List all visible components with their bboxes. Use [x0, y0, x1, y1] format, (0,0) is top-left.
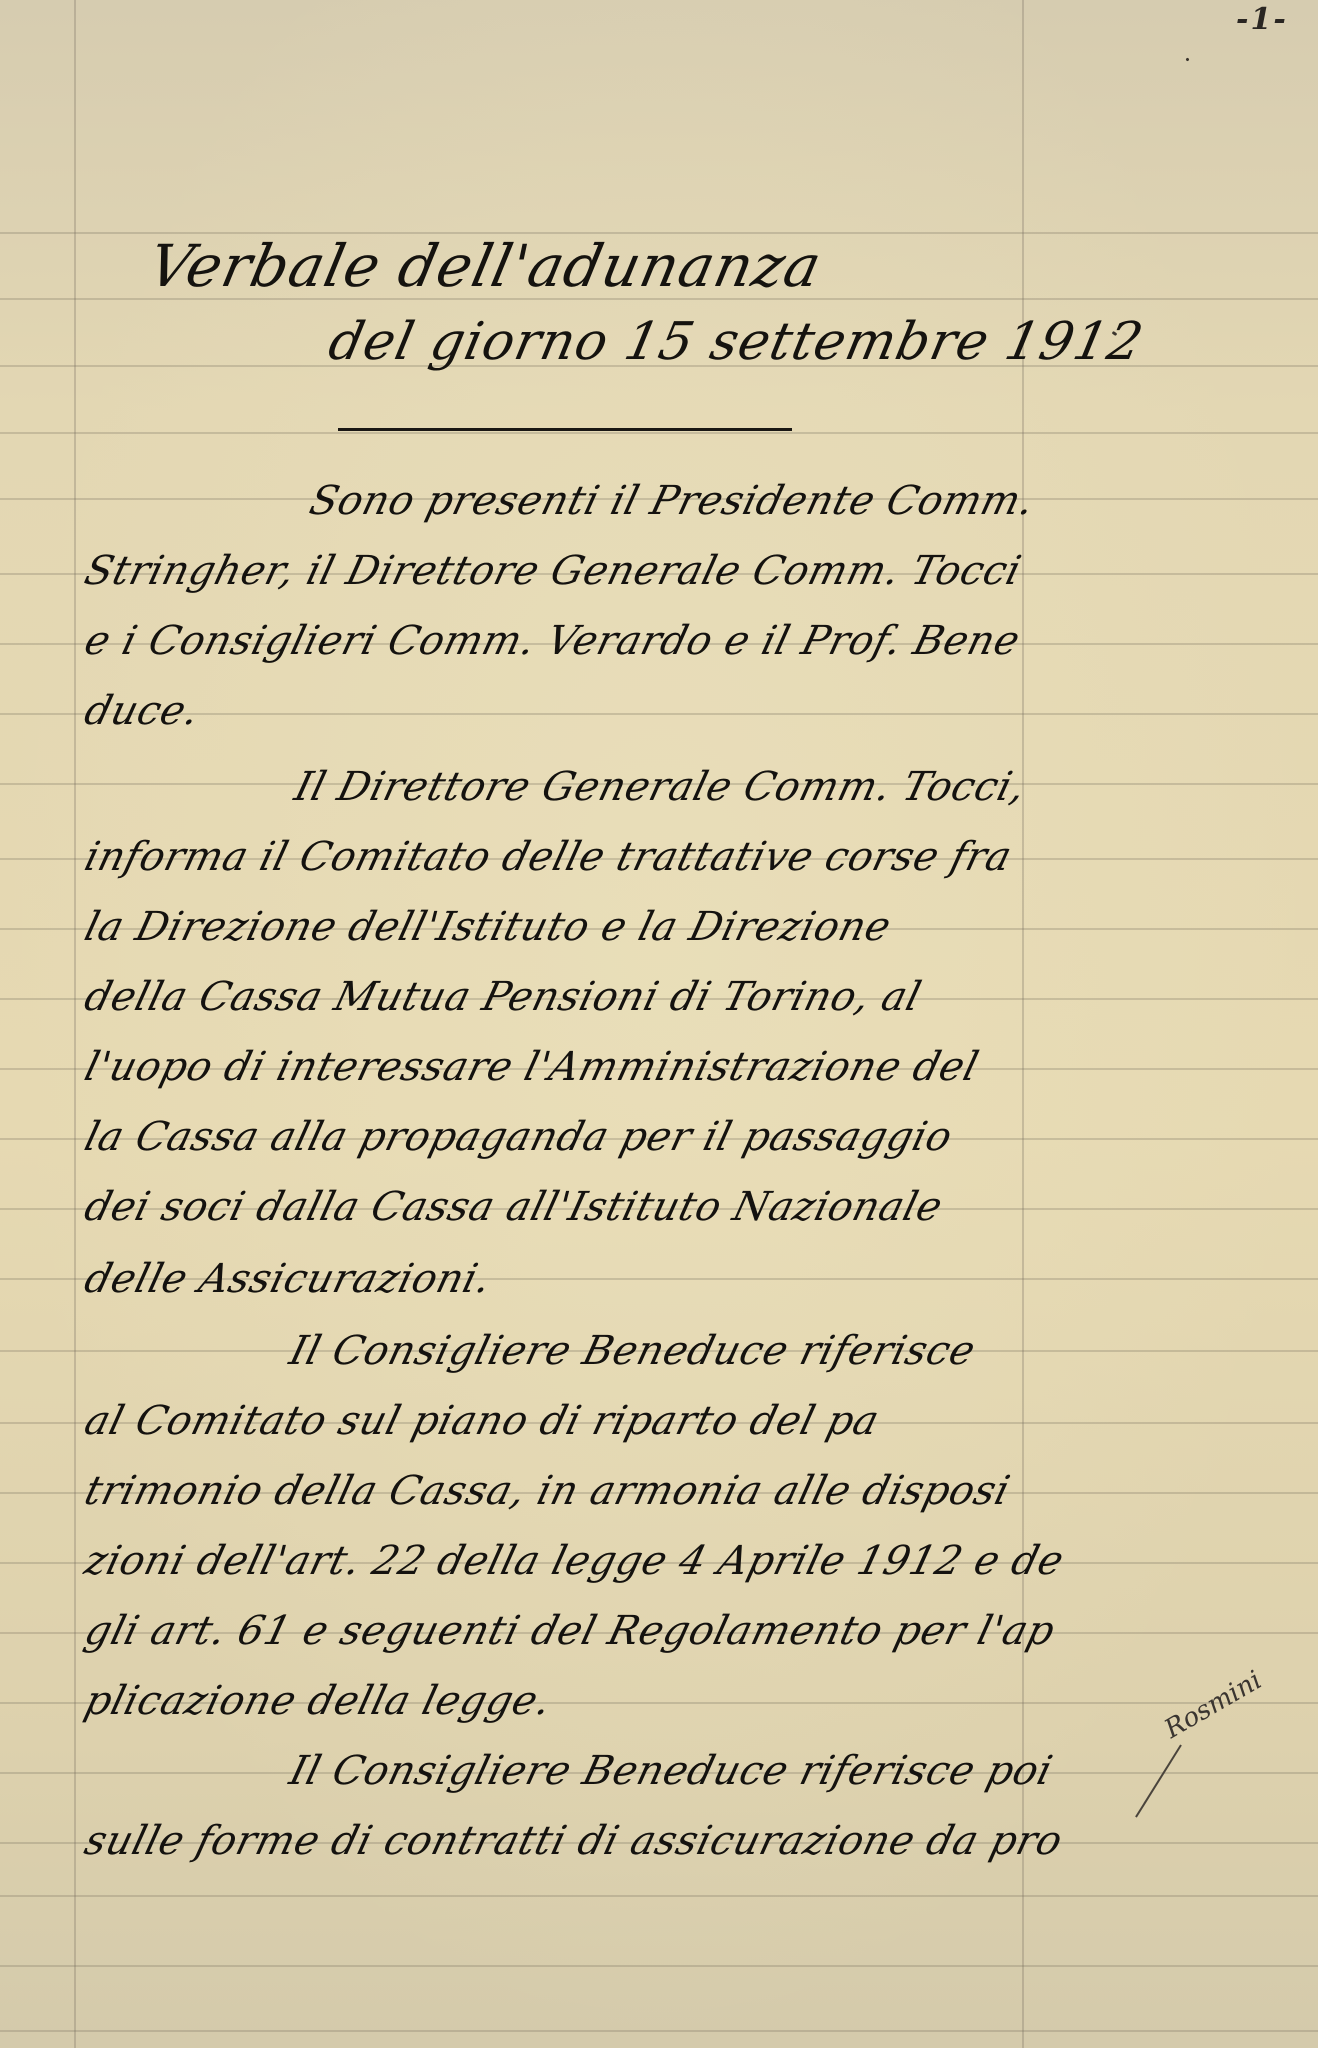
- body-line: trimonio della Cassa, in armonia alle di…: [80, 1468, 1031, 1514]
- body-line: gli art. 61 e seguenti del Regolamento p…: [80, 1608, 1031, 1654]
- body-line: plicazione della legge.: [80, 1678, 1031, 1724]
- body-line: Stringher, il Direttore Generale Comm. T…: [80, 548, 1031, 594]
- body-line: della Cassa Mutua Pensioni di Torino, al: [80, 974, 1031, 1020]
- title-underline: [338, 428, 792, 431]
- body-line: l'uopo di interessare l'Amministrazione …: [80, 1044, 1031, 1090]
- document-date-line: del giorno 15 settembre 1912: [324, 312, 1149, 372]
- left-margin-rule: [74, 0, 76, 2048]
- body-line: Il Direttore Generale Comm. Tocci,: [290, 764, 1241, 810]
- ink-speck: [1185, 57, 1189, 61]
- body-line: e i Consiglieri Comm. Verardo e il Prof.…: [80, 618, 1031, 664]
- margin-signature: Rosmini: [1160, 1665, 1267, 1744]
- body-line: zioni dell'art. 22 della legge 4 Aprile …: [80, 1538, 1031, 1584]
- document-title: Verbale dell'adunanza: [143, 232, 828, 300]
- body-line: la Cassa alla propaganda per il passaggi…: [80, 1114, 1031, 1160]
- body-line: sulle forme di contratti di assicurazion…: [80, 1818, 1031, 1864]
- body-line: informa il Comitato delle trattative cor…: [80, 834, 1031, 880]
- document-page: -1- Verbale dell'adunanza del giorno 15 …: [0, 0, 1318, 2048]
- right-margin-rule: [1022, 0, 1024, 2048]
- body-line: al Comitato sul piano di riparto del pa: [80, 1398, 1031, 1444]
- body-line: duce.: [80, 688, 1031, 734]
- page-number: -1-: [1236, 2, 1288, 37]
- body-line: Sono presenti il Presidente Comm.: [305, 478, 1256, 524]
- body-line: dei soci dalla Cassa all'Istituto Nazion…: [80, 1184, 1031, 1230]
- body-line: delle Assicurazioni.: [80, 1256, 1031, 1302]
- body-line: Il Consigliere Beneduce riferisce: [285, 1328, 1236, 1374]
- body-line: la Direzione dell'Istituto e la Direzion…: [80, 904, 1031, 950]
- body-line: Il Consigliere Beneduce riferisce poi: [285, 1748, 1236, 1794]
